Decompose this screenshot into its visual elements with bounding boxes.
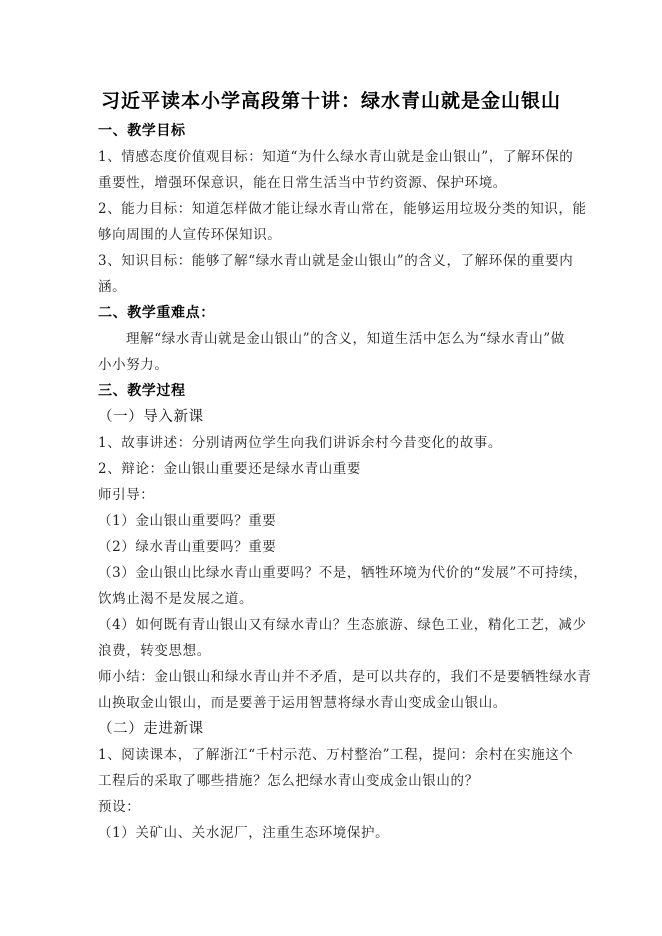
paragraph-line: 2、辩论：金山银山重要还是绿水青山重要 bbox=[98, 456, 566, 482]
paragraph-line: 1、故事讲述：分别请两位学生向我们讲诉余村今昔变化的故事。 bbox=[98, 430, 566, 456]
paragraph-line: 涵。 bbox=[98, 274, 566, 300]
paragraph-line: 3、知识目标：能够了解“绿水青山就是金山银山”的含义，了解环保的重要内 bbox=[98, 248, 566, 274]
paragraph-line: 小小努力。 bbox=[98, 352, 566, 378]
subsection-heading-intro: （一）导入新课 bbox=[98, 404, 566, 430]
paragraph-line: 理解“绿水青山就是金山银山”的含义，知道生活中怎么为“绿水青山”做 bbox=[98, 326, 566, 352]
paragraph-line: 饮鸩止渴不是发展之道。 bbox=[98, 586, 566, 612]
paragraph-line: 1、情感态度价值观目标：知道“为什么绿水青山就是金山银山”，了解环保的 bbox=[98, 144, 566, 170]
section-heading-teaching-process: 三、教学过程 bbox=[98, 378, 566, 404]
paragraph-line: （1）关矿山、关水泥厂，注重生态环境保护。 bbox=[98, 820, 566, 846]
document-title: 习近平读本小学高段第十讲：绿水青山就是金山银山 bbox=[0, 86, 662, 113]
section-heading-key-points: 二、教学重难点： bbox=[98, 300, 566, 326]
paragraph-line: 1、阅读课本，了解浙江“千村示范、万村整治”工程，提问：余村在实施这个 bbox=[98, 742, 566, 768]
paragraph-line: 预设： bbox=[98, 794, 566, 820]
paragraph-line: （1）金山银山重要吗？重要 bbox=[98, 508, 566, 534]
paragraph-line: 重要性，增强环保意识，能在日常生活当中节约资源、保护环境。 bbox=[98, 170, 566, 196]
paragraph-line: 够向周围的人宣传环保知识。 bbox=[98, 222, 566, 248]
paragraph-line: （2）绿水青山重要吗？重要 bbox=[98, 534, 566, 560]
document-body: 一、教学目标 1、情感态度价值观目标：知道“为什么绿水青山就是金山银山”，了解环… bbox=[98, 118, 566, 846]
section-heading-teaching-goals: 一、教学目标 bbox=[98, 118, 566, 144]
document-page: 习近平读本小学高段第十讲：绿水青山就是金山银山 一、教学目标 1、情感态度价值观… bbox=[0, 0, 662, 936]
paragraph-line: 山换取金山银山，而是要善于运用智慧将绿水青山变成金山银山。 bbox=[98, 690, 566, 716]
paragraph-line: 师引导： bbox=[98, 482, 566, 508]
paragraph-line: 2、能力目标：知道怎样做才能让绿水青山常在，能够运用垃圾分类的知识，能 bbox=[98, 196, 566, 222]
paragraph-line: （3）金山银山比绿水青山重要吗？不是，牺牲环境为代价的“发展”不可持续， bbox=[98, 560, 566, 586]
paragraph-line: 浪费，转变思想。 bbox=[98, 638, 566, 664]
subsection-heading-new-lesson: （二）走进新课 bbox=[98, 716, 566, 742]
paragraph-line: 师小结：金山银山和绿水青山并不矛盾，是可以共存的，我们不是要牺牲绿水青 bbox=[98, 664, 566, 690]
paragraph-line: 工程后的采取了哪些措施？怎么把绿水青山变成金山银山的？ bbox=[98, 768, 566, 794]
paragraph-line: （4）如何既有青山银山又有绿水青山？生态旅游、绿色工业，精化工艺，减少 bbox=[98, 612, 566, 638]
